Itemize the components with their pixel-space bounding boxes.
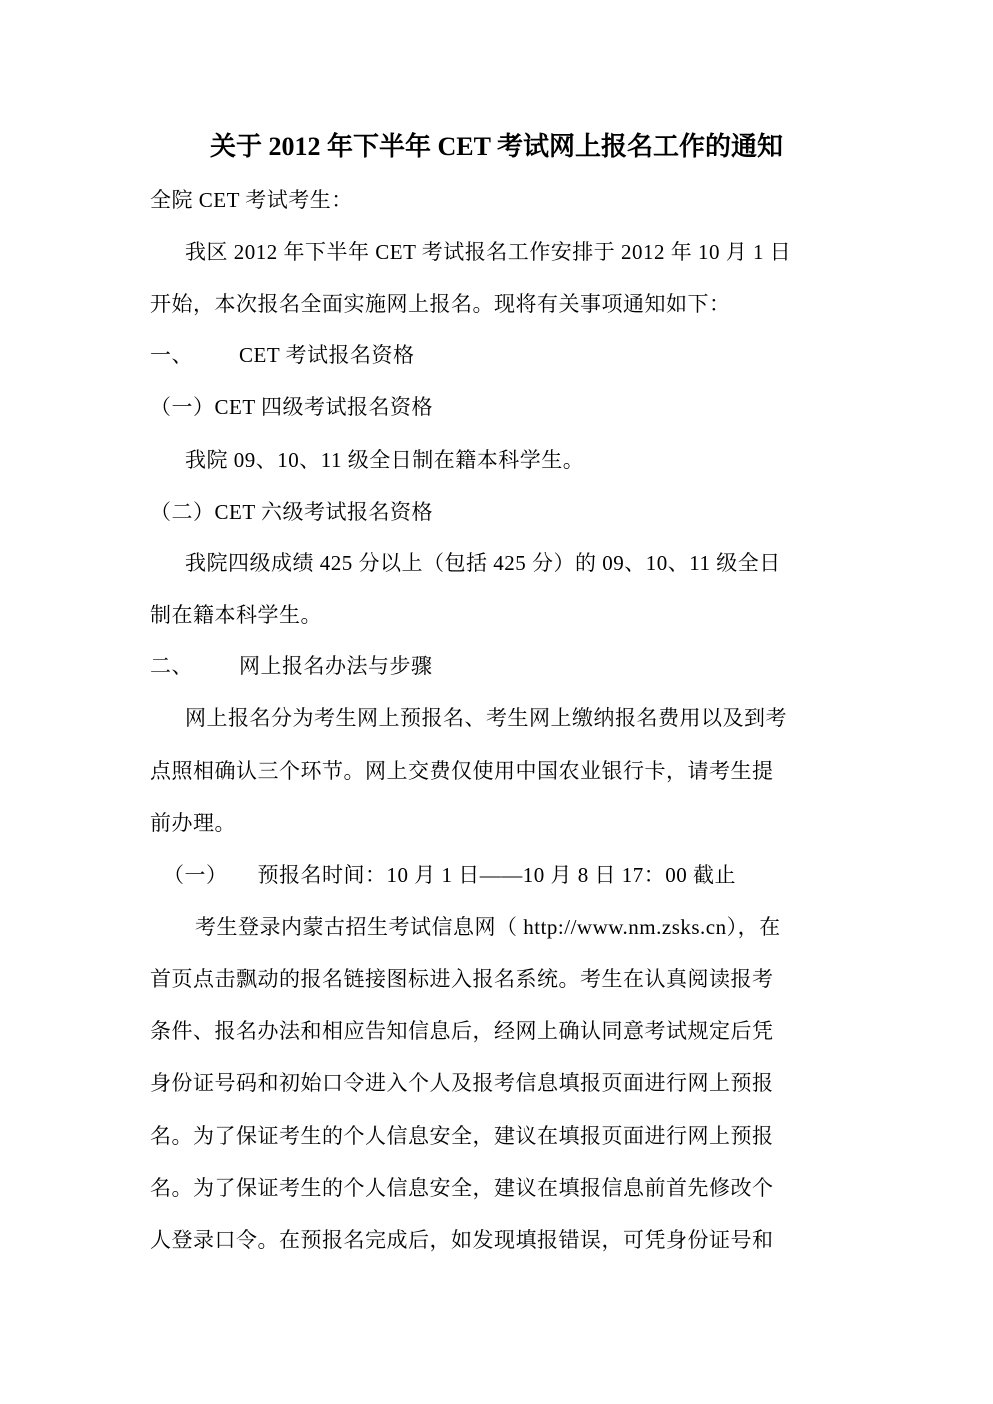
section-heading: （一）CET 四级考试报名资格 [150,393,433,421]
paragraph-line: 首页点击飘动的报名链接图标进入报名系统。考生在认真阅读报考 [150,965,774,993]
heading-text: CET 六级考试报名资格 [215,500,434,524]
paragraph-line: 名。为了保证考生的个人信息安全，建议在填报信息前首先修改个 [150,1174,774,1202]
section-heading: （二）CET 六级考试报名资格 [150,498,433,526]
paragraph-line: 名。为了保证考生的个人信息安全，建议在填报页面进行网上预报 [150,1122,774,1150]
paragraph-line: 我院 09、10、11 级全日制在籍本科学生。 [185,446,584,474]
document-page: 关于 2012 年下半年 CET 考试网上报名工作的通知 全院 CET 考试考生… [0,0,993,1404]
heading-marker: （二） [150,500,215,524]
paragraph-line: 考生登录内蒙古招生考试信息网（ http://www.nm.zsks.cn），在 [195,913,781,941]
section-heading: 二、网上报名办法与步骤 [150,652,433,680]
paragraph-line: 人登录口令。在预报名完成后，如发现填报错误，可凭身份证号和 [150,1226,774,1254]
heading-marker: 一、 [150,343,193,367]
paragraph-line: 前办理。 [150,809,236,837]
heading-text: CET 四级考试报名资格 [215,395,434,419]
paragraph-line: 网上报名分为考生网上预报名、考生网上缴纳报名费用以及到考 [185,704,787,732]
paragraph-line: 我区 2012 年下半年 CET 考试报名工作安排于 2012 年 10 月 1… [185,238,791,266]
section-heading: 一、CET 考试报名资格 [150,341,415,369]
paragraph-line: 身份证号码和初始口令进入个人及报考信息填报页面进行网上预报 [150,1069,774,1097]
paragraph-line: 开始，本次报名全面实施网上报名。现将有关事项通知如下： [150,290,731,318]
heading-text: 预报名时间：10 月 1 日——10 月 8 日 17：00 截止 [258,863,737,887]
heading-text: 网上报名办法与步骤 [239,654,433,678]
heading-marker: 二、 [150,654,193,678]
paragraph-line: 制在籍本科学生。 [150,601,322,629]
paragraph-line: 我院四级成绩 425 分以上（包括 425 分）的 09、10、11 级全日 [185,549,781,577]
heading-text: CET 考试报名资格 [239,343,415,367]
paragraph-line: 条件、报名办法和相应告知信息后，经网上确认同意考试规定后凭 [150,1017,774,1045]
document-title: 关于 2012 年下半年 CET 考试网上报名工作的通知 [0,130,993,164]
salutation: 全院 CET 考试考生： [150,186,353,214]
paragraph-line: 点照相确认三个环节。网上交费仅使用中国农业银行卡，请考生提 [150,757,774,785]
heading-marker: （一） [150,395,215,419]
section-heading: （一）预报名时间：10 月 1 日——10 月 8 日 17：00 截止 [163,861,736,889]
heading-marker: （一） [163,863,228,887]
